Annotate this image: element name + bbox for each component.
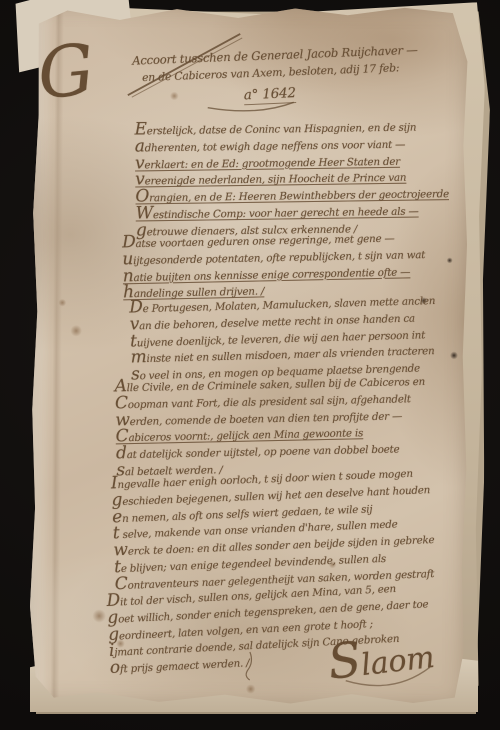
ink-speck [447, 257, 453, 263]
heading-date: a° 1642 [243, 85, 296, 105]
paragraph-3: De Portugesen, Molaten, Mamulucken, slav… [129, 292, 437, 384]
ink-speck [450, 351, 458, 359]
foxing-spot [92, 609, 106, 623]
foxing-spot [170, 91, 179, 100]
paragraph-1: Eerstelijck, datse de Coninc van Hispagn… [134, 118, 449, 240]
paragraph-5: Ingevalle haer enigh oorloch, t sij door… [111, 464, 436, 594]
scan-background: G Accoort tusschen de Generael Jacob Rui… [0, 0, 500, 730]
paragraph-4: Alle Civile, en de Criminele saken, sull… [114, 373, 426, 480]
foxing-spot [58, 299, 66, 307]
marginal-initial-letter: G [34, 28, 97, 115]
paragraph-2: Datse voortaen geduren onse regeringe, m… [122, 229, 426, 303]
manuscript-page: G Accoort tusschen de Generael Jacob Rui… [28, 2, 471, 707]
signature: Slaom [325, 623, 437, 691]
foxing-spot [246, 684, 256, 694]
foxing-spot [70, 325, 82, 337]
